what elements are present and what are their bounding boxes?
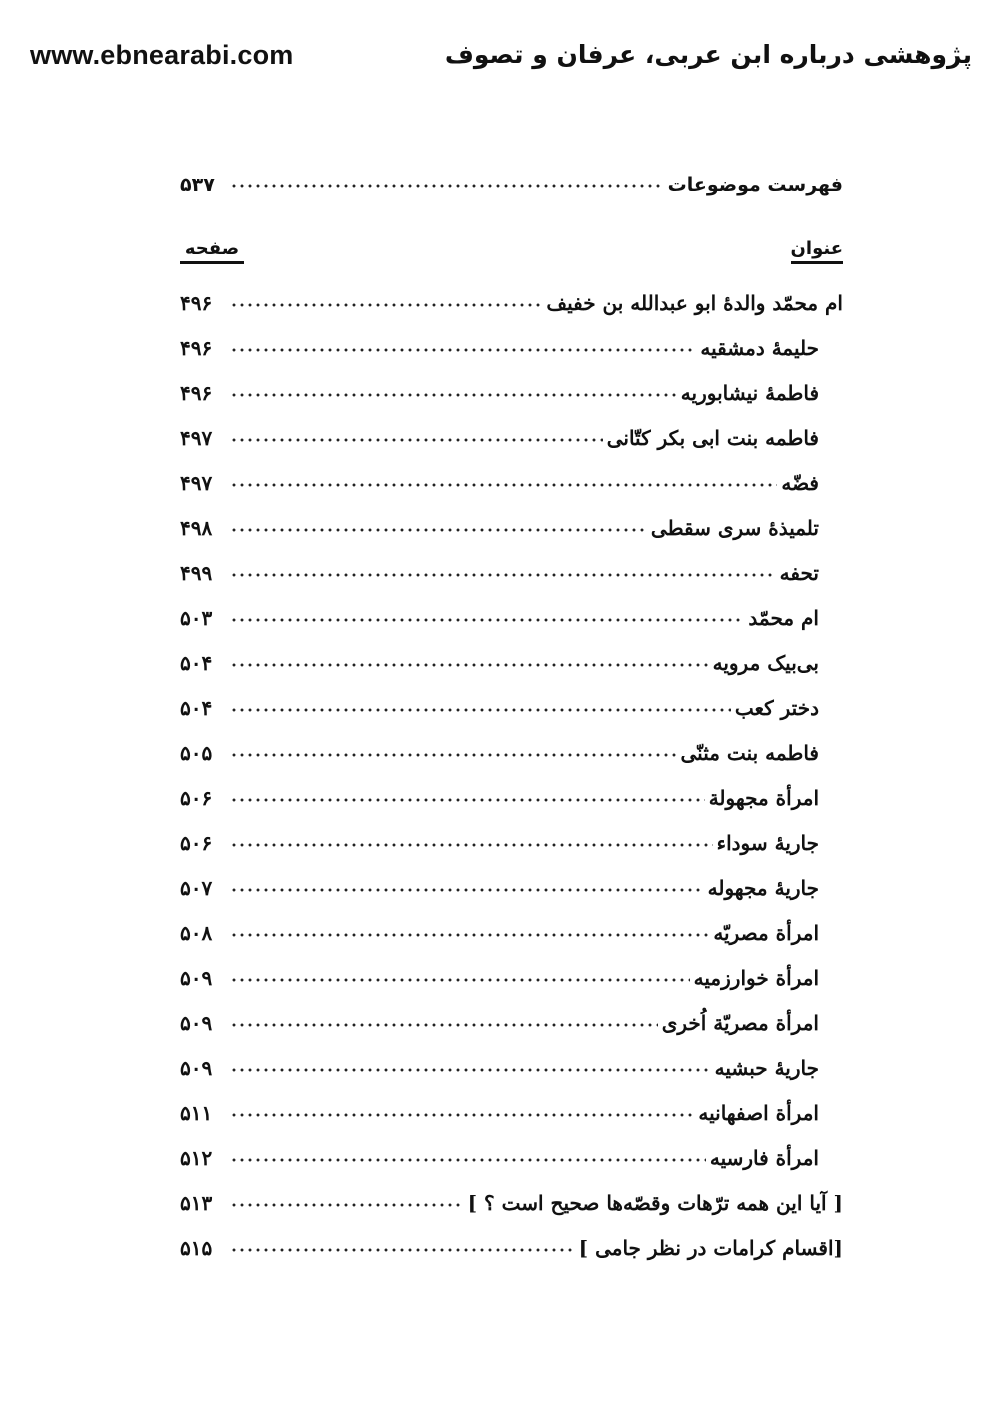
entry-title: [اقسام کرامات در نظر جامی ]	[575, 1236, 843, 1260]
dot-leader	[230, 348, 696, 352]
dot-leader	[230, 1068, 711, 1072]
toc-entry: [ آیا این همه ترّهات وقصّه‌ها صحیح است ؟…	[180, 1179, 843, 1215]
site-url: www.ebnearabi.com	[30, 40, 293, 71]
toc-entry: امرأة مصریّه ۵۰۸	[180, 909, 843, 945]
toc-entry: فضّه ۴۹۷	[180, 459, 843, 495]
column-header-page: صفحه	[180, 238, 244, 264]
toc-entry: تحفه ۴۹۹	[180, 549, 843, 585]
toc-entry: [اقسام کرامات در نظر جامی ] ۵۱۵	[180, 1224, 843, 1260]
entry-page: ۵۰۹	[180, 1011, 230, 1035]
entry-page: ۵۰۴	[180, 696, 230, 720]
entry-title: جاریهٔ سوداء	[713, 831, 819, 855]
entry-page: ۵۱۱	[180, 1101, 230, 1125]
entry-title: فاطمه بنت مثنّی	[677, 741, 819, 765]
toc-entry: بی‌بیک مرویه ۵۰۴	[180, 639, 843, 675]
entry-page: ۵۰۷	[180, 876, 230, 900]
toc-entry: فاطمه بنت ابی بکر کتّانی ۴۹۷	[180, 414, 843, 450]
dot-leader	[230, 1113, 694, 1117]
toc-entry: امرأة خوارزمیه ۵۰۹	[180, 954, 843, 990]
entry-title: امرأة فارسیه	[706, 1146, 819, 1170]
entry-title: ام محمّد والدهٔ ابو عبدالله بن خفیف	[542, 291, 843, 315]
entry-page: ۵۱۳	[180, 1191, 230, 1215]
toc-entry: امرأة اصفهانیه ۵۱۱	[180, 1089, 843, 1125]
toc-entry: امرأة مصریّة اُخری ۵۰۹	[180, 999, 843, 1035]
entry-title: جاریهٔ مجهوله	[704, 876, 819, 900]
entry-title: امرأة خوارزمیه	[690, 966, 819, 990]
dot-leader	[230, 753, 677, 757]
dot-leader	[230, 393, 677, 397]
entry-page: ۴۹۷	[180, 426, 230, 450]
dot-leader	[230, 184, 664, 188]
entry-page: ۴۹۶	[180, 291, 230, 315]
toc-entry: حلیمهٔ دمشقیه ۴۹۶	[180, 324, 843, 360]
dot-leader	[230, 618, 744, 622]
entry-page: ۵۰۸	[180, 921, 230, 945]
toc-entry: جاریهٔ حبشیه ۵۰۹	[180, 1044, 843, 1080]
entry-page: ۵۱۲	[180, 1146, 230, 1170]
toc-entry: جاریهٔ مجهوله ۵۰۷	[180, 864, 843, 900]
entry-page: ۵۱۵	[180, 1236, 230, 1260]
dot-leader	[230, 303, 542, 307]
entry-title: امرأة اصفهانیه	[694, 1101, 819, 1125]
toc-entry: فاطمه بنت مثنّی ۵۰۵	[180, 729, 843, 765]
toc-entry: جاریهٔ سوداء ۵۰۶	[180, 819, 843, 855]
entry-title: فضّه	[777, 471, 819, 495]
entry-title: حلیمهٔ دمشقیه	[696, 336, 819, 360]
entry-page: ۵۰۹	[180, 966, 230, 990]
toc-entry: ام محمّد والدهٔ ابو عبدالله بن خفیف ۴۹۶	[180, 279, 843, 315]
toc-entry: امرأة فارسیه ۵۱۲	[180, 1134, 843, 1170]
entry-title: فاطمه بنت ابی بکر کتّانی	[603, 426, 819, 450]
entry-page: ۴۹۹	[180, 561, 230, 585]
entry-page: ۵۰۴	[180, 651, 230, 675]
entry-title: جاریهٔ حبشیه	[711, 1056, 819, 1080]
entry-page: ۴۹۶	[180, 381, 230, 405]
dot-leader	[230, 798, 705, 802]
entry-page: ۴۹۶	[180, 336, 230, 360]
dot-leader	[230, 1203, 464, 1207]
dot-leader	[230, 888, 704, 892]
entry-page: ۵۰۹	[180, 1056, 230, 1080]
dot-leader	[230, 1023, 658, 1027]
toc-intro-page: ۵۳۷	[180, 174, 230, 196]
dot-leader	[230, 573, 776, 577]
dot-leader	[230, 708, 731, 712]
dot-leader	[230, 1248, 575, 1252]
dot-leader	[230, 978, 690, 982]
dot-leader	[230, 528, 647, 532]
book-title: پژوهشی درباره ابن عربی، عرفان و تصوف	[445, 40, 972, 69]
entry-title: فاطمهٔ نیشابوریه	[677, 381, 819, 405]
entry-page: ۴۹۸	[180, 516, 230, 540]
entry-title: امرأة مجهولة	[705, 786, 819, 810]
entry-title: [ آیا این همه ترّهات وقصّه‌ها صحیح است ؟…	[464, 1191, 843, 1215]
entry-title: دختر کعب	[731, 696, 819, 720]
entry-page: ۴۹۷	[180, 471, 230, 495]
toc-entry: ام محمّد ۵۰۳	[180, 594, 843, 630]
entry-title: امرأة مصریّة اُخری	[658, 1011, 819, 1035]
entry-title: تحفه	[776, 561, 819, 585]
toc-intro-title: فهرست موضوعات	[664, 174, 843, 196]
toc-entry: دختر کعب ۵۰۴	[180, 684, 843, 720]
dot-leader	[230, 933, 709, 937]
toc-entry: تلمیذهٔ سری سقطی ۴۹۸	[180, 504, 843, 540]
dot-leader	[230, 483, 777, 487]
dot-leader	[230, 1158, 706, 1162]
toc-intro-row: فهرست موضوعات ۵۳۷	[180, 160, 843, 196]
entry-page: ۵۰۶	[180, 831, 230, 855]
entry-title: ام محمّد	[744, 606, 819, 630]
entry-title: تلمیذهٔ سری سقطی	[647, 516, 819, 540]
toc-entry: فاطمهٔ نیشابوریه ۴۹۶	[180, 369, 843, 405]
dot-leader	[230, 663, 709, 667]
toc-entry: امرأة مجهولة ۵۰۶	[180, 774, 843, 810]
column-header-title: عنوان	[791, 238, 843, 264]
dot-leader	[230, 843, 713, 847]
entry-page: ۵۰۵	[180, 741, 230, 765]
entry-title: امرأة مصریّه	[709, 921, 819, 945]
entry-page: ۵۰۳	[180, 606, 230, 630]
dot-leader	[230, 438, 603, 442]
entry-title: بی‌بیک مرویه	[709, 651, 819, 675]
entry-page: ۵۰۶	[180, 786, 230, 810]
column-headers: عنوان صفحه	[180, 238, 843, 270]
page-header: www.ebnearabi.com پژوهشی درباره ابن عربی…	[0, 38, 1000, 82]
